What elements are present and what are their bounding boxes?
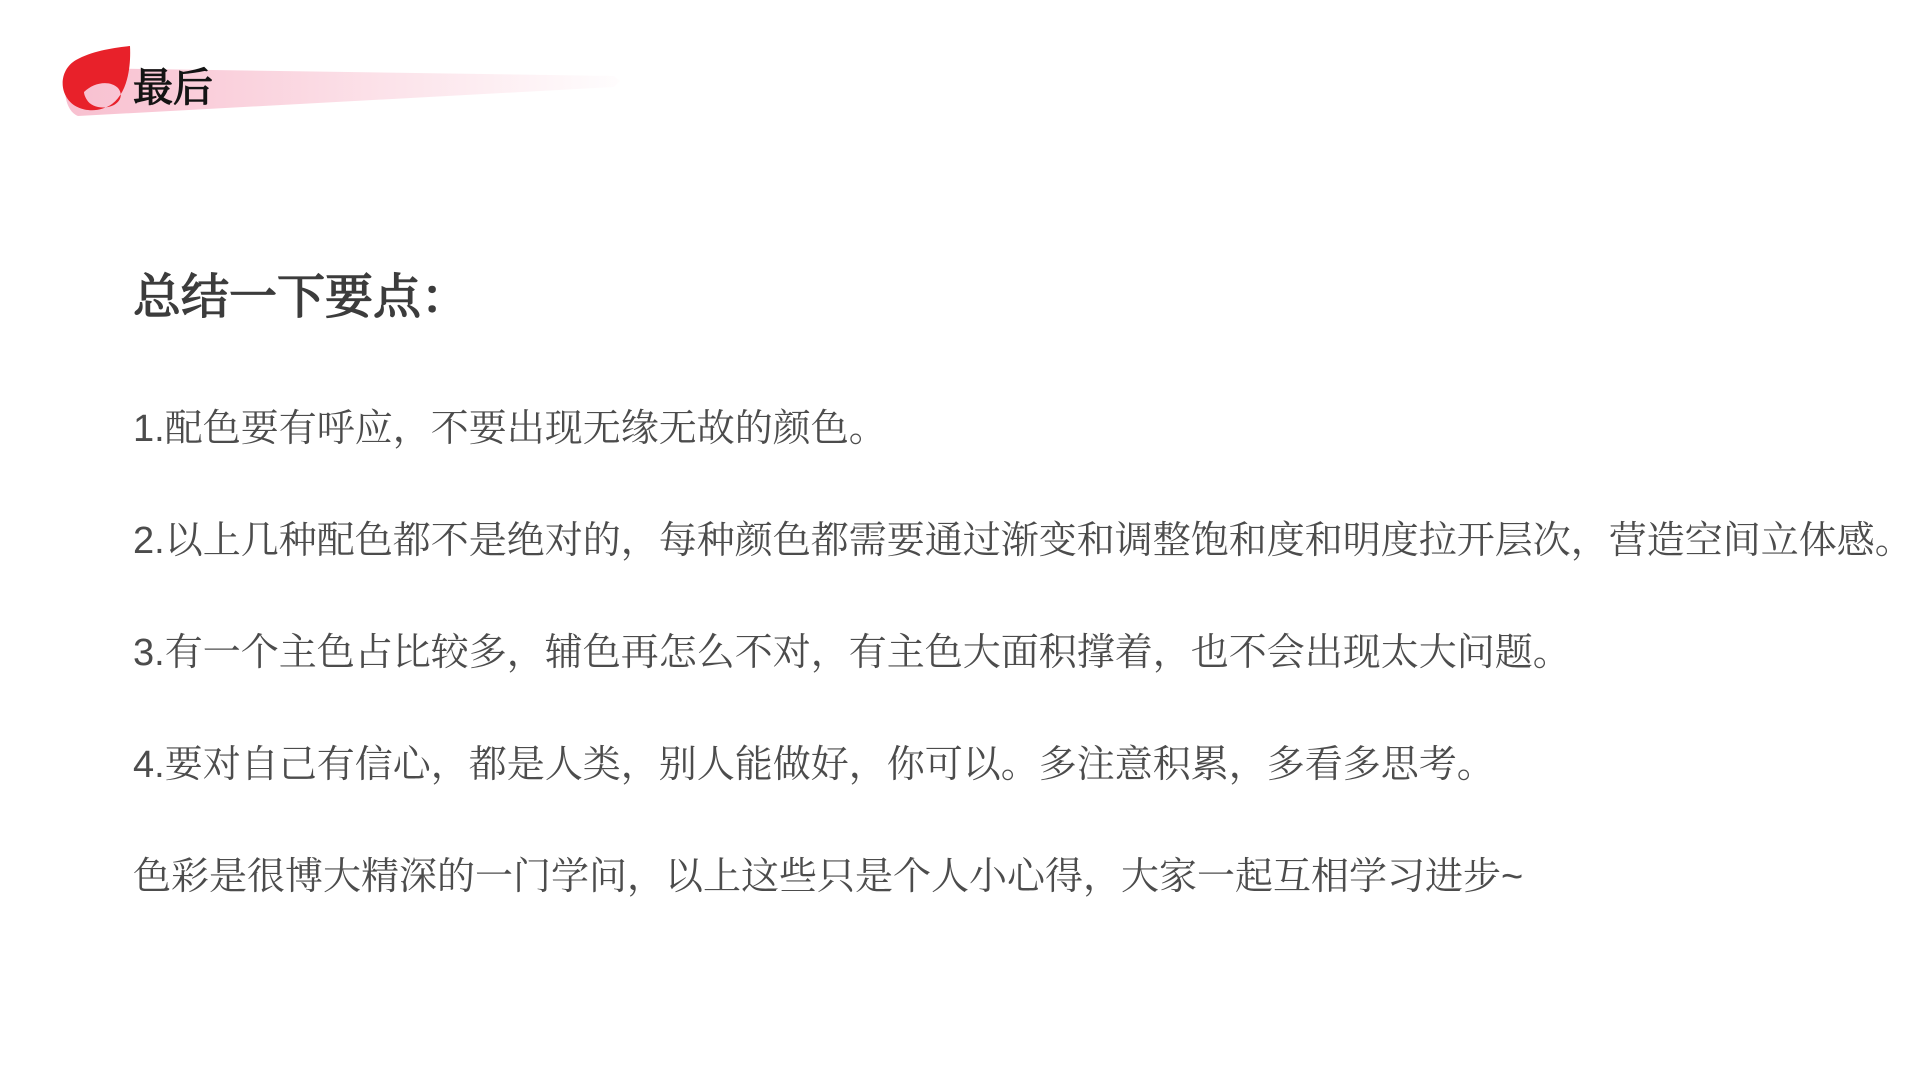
point-item-1: 1.配色要有呼应，不要出现无缘无故的颜色。	[133, 407, 887, 453]
red-drop-logo-icon	[60, 44, 134, 114]
point-item-3: 3.有一个主色占比较多，辅色再怎么不对，有主色大面积撑着，也不会出现太大问题。	[133, 631, 1571, 677]
closing-note: 色彩是很博大精深的一门学问，以上这些只是个人小心得，大家一起互相学习进步~	[133, 855, 1523, 901]
section-title: 最后	[133, 68, 213, 108]
slide-page: 最后 总结一下要点： 1.配色要有呼应，不要出现无缘无故的颜色。 2.以上几种配…	[0, 0, 1920, 1080]
point-item-4: 4.要对自己有信心，都是人类，别人能做好，你可以。多注意积累，多看多思考。	[133, 743, 1495, 789]
section-header: 最后	[0, 0, 1920, 140]
page-heading: 总结一下要点：	[133, 268, 469, 328]
point-item-2: 2.以上几种配色都不是绝对的，每种颜色都需要通过渐变和调整饱和度和明度拉开层次，…	[133, 519, 1913, 565]
